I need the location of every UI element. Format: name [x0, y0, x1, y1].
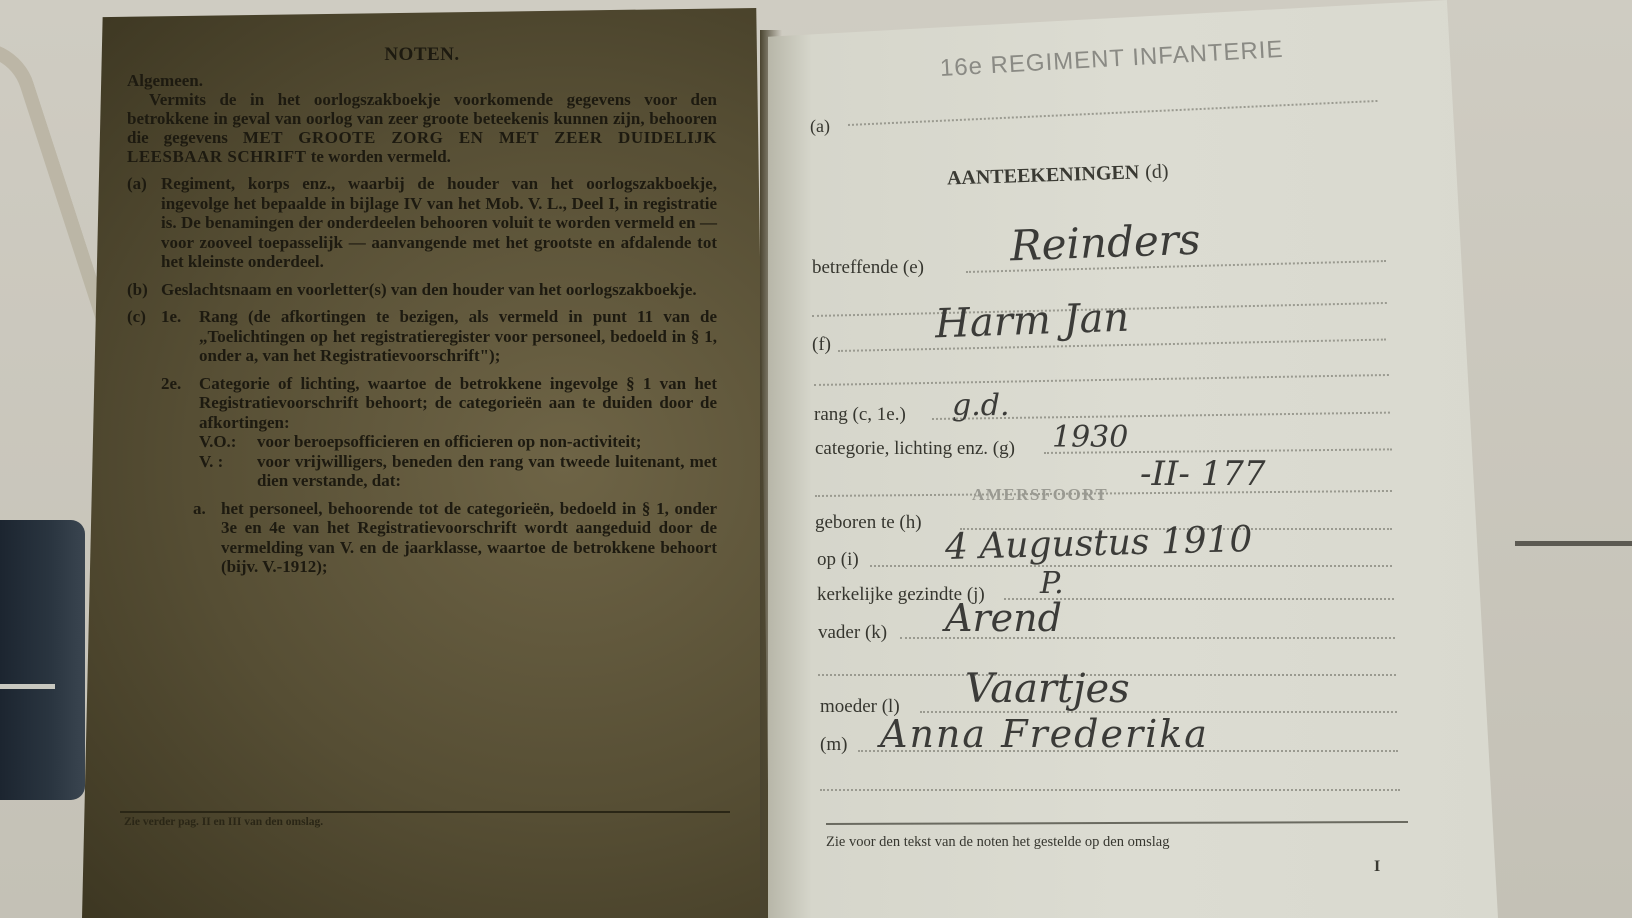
abbreviation-text: voor vrijwilligers, beneden den rang van…: [257, 452, 717, 491]
note-text: het personeel, behoorende tot de categor…: [221, 499, 717, 577]
label-betreffende: betreffende (e): [812, 257, 924, 279]
abbreviation-list: V.O.: voor beroepsofficieren en officier…: [127, 432, 717, 491]
abbreviation-vo: V.O.: voor beroepsofficieren en officier…: [199, 432, 717, 452]
note-sub-marker: 2e.: [161, 374, 199, 433]
value-rang: g.d.: [952, 388, 1009, 423]
note-marker: (a): [127, 174, 161, 272]
label-rang: rang (c, 1e.): [814, 404, 906, 426]
note-marker: a.: [193, 499, 221, 577]
abbreviation-text: voor beroepsofficieren en officieren op …: [257, 432, 717, 452]
dark-object: [0, 520, 85, 800]
intro-paragraph: Vermits de in het oorlogszakboekje voork…: [127, 90, 717, 166]
abbreviation-code: V. :: [199, 452, 257, 491]
note-text: Geslachtsnaam en voorletter(s) van den h…: [161, 280, 717, 300]
label-op: op (i): [817, 549, 859, 571]
notes-title: NOTEN.: [127, 44, 717, 66]
abbreviation-code: V.O.:: [199, 432, 257, 452]
value-vader: Arend: [945, 596, 1062, 640]
right-footer-text: Zie voor den tekst van de noten het gest…: [826, 834, 1169, 851]
value-op: 4 Augustus 1910: [945, 519, 1253, 568]
floor-tile-seam: [1515, 541, 1632, 546]
intro-tail: te worden vermeld.: [311, 147, 451, 166]
value-geboren-te-stamp: AMERSFOORT: [972, 485, 1108, 505]
note-sub-marker: 1e.: [161, 307, 199, 366]
note-c-sub-a: a. het personeel, behoorende tot de cate…: [127, 499, 717, 577]
note-a: (a) Regiment, korps enz., waarbij de hou…: [127, 174, 717, 272]
footer-divider: [120, 811, 730, 813]
note-text: Categorie of lichting, waartoe de betrok…: [199, 374, 717, 433]
note-marker: (b): [127, 280, 161, 300]
note-c-1e: (c) 1e. Rang (de afkortingen te bezigen,…: [127, 307, 717, 366]
section-title-ref: (d): [1145, 161, 1169, 184]
label-categorie: categorie, lichting enz. (g): [815, 438, 1015, 460]
label-m: (m): [820, 734, 847, 756]
note-marker: (c): [127, 307, 161, 366]
label-vader: vader (k): [818, 622, 887, 644]
note-text: Regiment, korps enz., waarbij de houder …: [161, 174, 717, 272]
value-f: Harm Jan: [934, 295, 1130, 348]
notes-content: NOTEN. Algemeen. Vermits de in het oorlo…: [127, 44, 717, 577]
value-categorie: 1930: [1052, 420, 1128, 455]
left-page-notes: NOTEN. Algemeen. Vermits de in het oorlo…: [82, 8, 770, 918]
line-blank-5: [820, 789, 1400, 791]
label-geboren-te: geboren te (h): [815, 512, 922, 534]
page-number: I: [1374, 858, 1380, 876]
value-betreffende: Reinders: [1009, 215, 1201, 271]
field-a-label: (a): [810, 116, 830, 137]
note-b: (b) Geslachtsnaam en voorletter(s) van d…: [127, 280, 717, 300]
left-footer-text: Zie verder pag. II en III van den omslag…: [124, 816, 323, 828]
section-heading-algemeen: Algemeen.: [127, 72, 717, 90]
object-stripe: [0, 684, 55, 689]
label-f: (f): [812, 334, 831, 356]
note-c-2e: 2e. Categorie of lichting, waartoe de be…: [127, 374, 717, 433]
value-m: Anna Frederika: [880, 712, 1209, 756]
note-text: Rang (de afkortingen te bezigen, als ver…: [199, 307, 717, 366]
value-categorie-line2: -II- 177: [1140, 454, 1266, 494]
value-moeder: Vaartjes: [965, 666, 1130, 712]
section-title-text: AANTEEKENINGEN: [947, 161, 1140, 189]
abbreviation-v: V. : voor vrijwilligers, beneden den ran…: [199, 452, 717, 491]
